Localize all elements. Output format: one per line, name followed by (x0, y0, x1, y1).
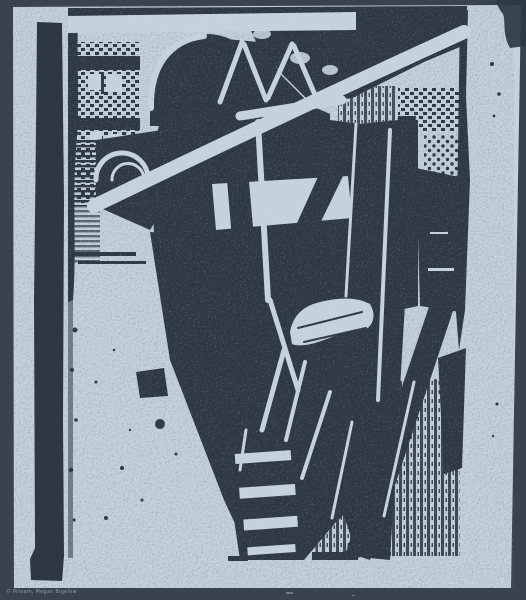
artwork-photo: © Privam, Megan Bigelow (0, 0, 526, 600)
border-scratch (286, 592, 293, 594)
printed-image (68, 6, 470, 562)
watermark-text: © Privam, Megan Bigelow (6, 589, 77, 595)
bottom-border (0, 588, 526, 600)
border-scratch-small (352, 595, 355, 596)
screen-print-artwork (0, 0, 526, 600)
